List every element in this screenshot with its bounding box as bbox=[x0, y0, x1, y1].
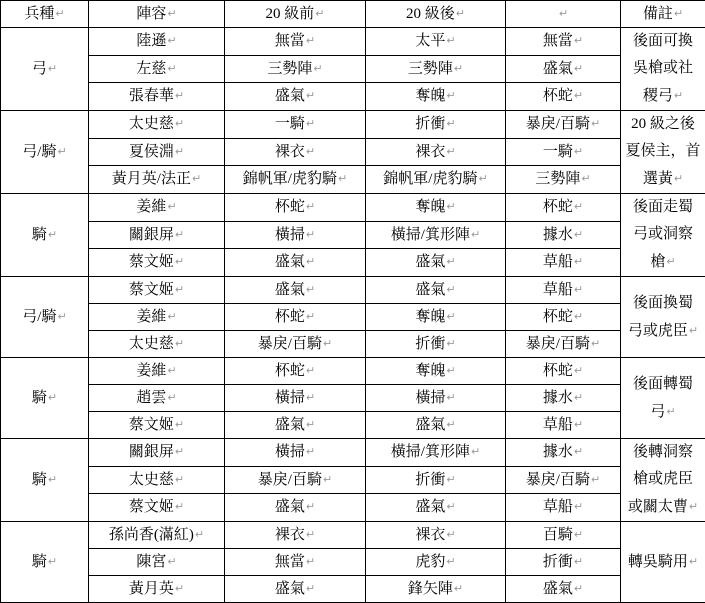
paragraph-mark: ↵ bbox=[666, 405, 675, 418]
lineup-cell[interactable]: 黃月英/法正↵ bbox=[89, 166, 225, 194]
lineup-cell[interactable]: 姜維↵ bbox=[89, 304, 225, 331]
lineup-cell[interactable]: 蔡文姬↵ bbox=[89, 249, 225, 277]
paragraph-mark: ↵ bbox=[57, 310, 66, 323]
paragraph-mark: ↵ bbox=[574, 145, 583, 158]
troop-type-cell[interactable]: 弓/騎↵ bbox=[1, 277, 89, 358]
header-label: 20 級後 bbox=[406, 6, 455, 22]
after20-cell[interactable]: 橫掃↵ bbox=[366, 385, 506, 412]
paragraph-mark: ↵ bbox=[57, 145, 66, 158]
paragraph-mark: ↵ bbox=[55, 7, 64, 20]
paragraph-mark: ↵ bbox=[313, 62, 322, 75]
troop-type-cell[interactable]: 弓↵ bbox=[1, 28, 89, 111]
paragraph-mark: ↵ bbox=[175, 89, 184, 102]
troop-type-cell[interactable]: 騎↵ bbox=[1, 358, 89, 439]
paragraph-mark: ↵ bbox=[574, 283, 583, 296]
lineup-cell[interactable]: 姜維↵ bbox=[89, 194, 225, 222]
paragraph-mark: ↵ bbox=[48, 391, 57, 404]
paragraph-mark: ↵ bbox=[471, 228, 480, 241]
paragraph-mark: ↵ bbox=[306, 528, 315, 541]
before20-cell[interactable]: 暴戾/百騎↵ bbox=[225, 466, 366, 494]
paragraph-mark: ↵ bbox=[167, 310, 176, 323]
paragraph-mark: ↵ bbox=[167, 7, 176, 20]
table-row: 騎↵ 孫尚香(滿紅)↵ 裸衣↵ 裸衣↵ 百騎↵ 轉吳騎用↵ bbox=[1, 522, 705, 549]
note-cell[interactable]: 後面轉蜀 弓↵ bbox=[621, 358, 705, 439]
paragraph-mark: ↵ bbox=[446, 310, 455, 323]
table-row: 騎↵ 姜維↵ 杯蛇↵ 奪魄↵ 杯蛇↵ 後面走蜀 弓或洞察 槍↵ bbox=[1, 194, 705, 222]
paragraph-mark: ↵ bbox=[446, 473, 455, 486]
paragraph-mark: ↵ bbox=[306, 283, 315, 296]
table-row: 蔡文姬↵ 盛氣↵ 盛氣↵ 草船↵ bbox=[1, 494, 705, 522]
paragraph-mark: ↵ bbox=[167, 34, 176, 47]
paragraph-mark: ↵ bbox=[478, 172, 487, 185]
table-row: 太史慈↵ 暴戾/百騎↵ 折衝↵ 暴戾/百騎↵ bbox=[1, 331, 705, 358]
extra-cell[interactable]: 據水↵ bbox=[506, 221, 621, 249]
paragraph-mark: ↵ bbox=[175, 255, 184, 268]
table-row: 弓/騎↵ 蔡文姬↵ 盛氣↵ 盛氣↵ 草船↵ 後面換蜀 弓或虎臣↵ bbox=[1, 277, 705, 304]
extra-cell[interactable]: 折衝↵ bbox=[506, 549, 621, 576]
col-header-lineup[interactable]: 陣容↵ bbox=[89, 1, 225, 28]
after20-cell[interactable]: 折衝↵ bbox=[366, 331, 506, 358]
lineup-cell[interactable]: 太史慈↵ bbox=[89, 466, 225, 494]
paragraph-mark: ↵ bbox=[175, 283, 184, 296]
paragraph-mark: ↵ bbox=[48, 228, 57, 241]
paragraph-mark: ↵ bbox=[574, 255, 583, 268]
after20-cell[interactable]: 裸衣↵ bbox=[366, 138, 506, 166]
table-row: 張春華↵ 盛氣↵ 奪魄↵ 杯蛇↵ bbox=[1, 83, 705, 111]
lineup-cell[interactable]: 太史慈↵ bbox=[89, 111, 225, 139]
lineup-cell[interactable]: 張春華↵ bbox=[89, 83, 225, 111]
paragraph-mark: ↵ bbox=[306, 89, 315, 102]
table-row: 姜維↵ 杯蛇↵ 奪魄↵ 杯蛇↵ bbox=[1, 304, 705, 331]
table-row: 夏侯淵↵ 裸衣↵ 裸衣↵ 一騎↵ bbox=[1, 138, 705, 166]
paragraph-mark: ↵ bbox=[338, 172, 347, 185]
before20-cell[interactable]: 盛氣↵ bbox=[225, 83, 366, 111]
paragraph-mark: ↵ bbox=[306, 228, 315, 241]
paragraph-mark: ↵ bbox=[456, 7, 465, 20]
extra-cell[interactable]: 一騎↵ bbox=[506, 138, 621, 166]
lineup-cell[interactable]: 孫尚香(滿紅)↵ bbox=[89, 522, 225, 549]
paragraph-mark: ↵ bbox=[195, 528, 204, 541]
lineup-table: 兵種↵ 陣容↵ 20 級前↵ 20 級後↵ ↵ 備註↵ 弓↵ 陸遜↵ 無當↵ 太… bbox=[0, 0, 705, 603]
note-cell[interactable]: 後面走蜀 弓或洞察 槍↵ bbox=[621, 194, 705, 277]
paragraph-mark: ↵ bbox=[306, 391, 315, 404]
after20-cell[interactable]: 橫掃/箕形陣↵ bbox=[366, 221, 506, 249]
extra-cell[interactable]: 杯蛇↵ bbox=[506, 83, 621, 111]
extra-cell[interactable]: 杯蛇↵ bbox=[506, 358, 621, 385]
paragraph-mark: ↵ bbox=[446, 117, 455, 130]
paragraph-mark: ↵ bbox=[446, 418, 455, 431]
after20-cell[interactable]: 奪魄↵ bbox=[366, 194, 506, 222]
paragraph-mark: ↵ bbox=[192, 172, 201, 185]
lineup-cell[interactable]: 姜維↵ bbox=[89, 358, 225, 385]
paragraph-mark: ↵ bbox=[175, 228, 184, 241]
extra-cell[interactable]: 三勢陣↵ bbox=[506, 166, 621, 194]
before20-cell[interactable]: 盛氣↵ bbox=[225, 576, 366, 603]
before20-cell[interactable]: 杯蛇↵ bbox=[225, 194, 366, 222]
after20-cell[interactable]: 太平↵ bbox=[366, 28, 506, 56]
paragraph-mark: ↵ bbox=[666, 255, 675, 268]
note-cell[interactable]: 後面換蜀 弓或虎臣↵ bbox=[621, 277, 705, 358]
before20-cell[interactable]: 盛氣↵ bbox=[225, 494, 366, 522]
paragraph-mark: ↵ bbox=[323, 337, 332, 350]
paragraph-mark: ↵ bbox=[591, 117, 600, 130]
paragraph-mark: ↵ bbox=[175, 445, 184, 458]
paragraph-mark: ↵ bbox=[574, 34, 583, 47]
after20-cell[interactable]: 奪魄↵ bbox=[366, 304, 506, 331]
col-header-after-20[interactable]: 20 級後↵ bbox=[366, 1, 506, 28]
paragraph-mark: ↵ bbox=[323, 473, 332, 486]
paragraph-mark: ↵ bbox=[306, 145, 315, 158]
after20-cell[interactable]: 虎豹↵ bbox=[366, 549, 506, 576]
paragraph-mark: ↵ bbox=[574, 364, 583, 377]
paragraph-mark: ↵ bbox=[306, 310, 315, 323]
paragraph-mark: ↵ bbox=[689, 324, 698, 337]
paragraph-mark: ↵ bbox=[574, 528, 583, 541]
table-row: 弓/騎↵ 太史慈↵ 一騎↵ 折衝↵ 暴戾/百騎↵ 20 級之後 夏侯主，首 選黃… bbox=[1, 111, 705, 139]
troop-type-cell[interactable]: 騎↵ bbox=[1, 439, 89, 522]
paragraph-mark: ↵ bbox=[674, 7, 683, 20]
paragraph-mark: ↵ bbox=[306, 364, 315, 377]
paragraph-mark: ↵ bbox=[574, 391, 583, 404]
after20-cell[interactable]: 三勢陣↵ bbox=[366, 55, 506, 83]
extra-cell[interactable]: 盛氣↵ bbox=[506, 576, 621, 603]
before20-cell[interactable]: 杯蛇↵ bbox=[225, 304, 366, 331]
paragraph-mark: ↵ bbox=[689, 555, 698, 568]
paragraph-mark: ↵ bbox=[674, 172, 683, 185]
table-row: 蔡文姬↵ 盛氣↵ 盛氣↵ 草船↵ bbox=[1, 412, 705, 439]
extra-cell[interactable]: 草船↵ bbox=[506, 249, 621, 277]
col-header-before-20[interactable]: 20 級前↵ bbox=[225, 1, 366, 28]
extra-cell[interactable]: 草船↵ bbox=[506, 494, 621, 522]
paragraph-mark: ↵ bbox=[446, 555, 455, 568]
before20-cell[interactable]: 盛氣↵ bbox=[225, 277, 366, 304]
col-header-troop-type[interactable]: 兵種↵ bbox=[1, 1, 89, 28]
after20-cell[interactable]: 盛氣↵ bbox=[366, 249, 506, 277]
before20-cell[interactable]: 錦帆軍/虎豹騎↵ bbox=[225, 166, 366, 194]
lineup-cell[interactable]: 陳宮↵ bbox=[89, 549, 225, 576]
before20-cell[interactable]: 裸衣↵ bbox=[225, 522, 366, 549]
paragraph-mark: ↵ bbox=[175, 145, 184, 158]
paragraph-mark: ↵ bbox=[306, 418, 315, 431]
extra-cell[interactable]: 暴戾/百騎↵ bbox=[506, 331, 621, 358]
before20-cell[interactable]: 無當↵ bbox=[225, 549, 366, 576]
paragraph-mark: ↵ bbox=[446, 200, 455, 213]
paragraph-mark: ↵ bbox=[689, 500, 698, 513]
after20-cell[interactable]: 裸衣↵ bbox=[366, 522, 506, 549]
extra-cell[interactable]: 暴戾/百騎↵ bbox=[506, 111, 621, 139]
paragraph-mark: ↵ bbox=[591, 473, 600, 486]
paragraph-mark: ↵ bbox=[48, 473, 57, 486]
paragraph-mark: ↵ bbox=[306, 34, 315, 47]
paragraph-mark: ↵ bbox=[446, 89, 455, 102]
paragraph-mark: ↵ bbox=[167, 62, 176, 75]
paragraph-mark: ↵ bbox=[574, 555, 583, 568]
paragraph-mark: ↵ bbox=[446, 500, 455, 513]
extra-cell[interactable]: 無當↵ bbox=[506, 28, 621, 56]
lineup-cell[interactable]: 關銀屏↵ bbox=[89, 439, 225, 467]
paragraph-mark: ↵ bbox=[581, 172, 590, 185]
lineup-cell[interactable]: 趙雲↵ bbox=[89, 385, 225, 412]
extra-cell[interactable]: 據水↵ bbox=[506, 385, 621, 412]
paragraph-mark: ↵ bbox=[306, 445, 315, 458]
after20-cell[interactable]: 奪魄↵ bbox=[366, 358, 506, 385]
lineup-cell[interactable]: 蔡文姬↵ bbox=[89, 412, 225, 439]
paragraph-mark: ↵ bbox=[446, 255, 455, 268]
lineup-cell[interactable]: 關銀屏↵ bbox=[89, 221, 225, 249]
table-row: 趙雲↵ 橫掃↵ 橫掃↵ 據水↵ bbox=[1, 385, 705, 412]
paragraph-mark: ↵ bbox=[446, 145, 455, 158]
paragraph-mark: ↵ bbox=[175, 337, 184, 350]
after20-cell[interactable]: 折衝↵ bbox=[366, 466, 506, 494]
paragraph-mark: ↵ bbox=[315, 7, 324, 20]
header-row: 兵種↵ 陣容↵ 20 級前↵ 20 級後↵ ↵ 備註↵ bbox=[1, 1, 705, 28]
paragraph-mark: ↵ bbox=[454, 62, 463, 75]
paragraph-mark: ↵ bbox=[471, 445, 480, 458]
paragraph-mark: ↵ bbox=[574, 418, 583, 431]
paragraph-mark: ↵ bbox=[454, 582, 463, 595]
extra-cell[interactable]: 草船↵ bbox=[506, 412, 621, 439]
paragraph-mark: ↵ bbox=[574, 500, 583, 513]
table-row: 太史慈↵ 暴戾/百騎↵ 折衝↵ 暴戾/百騎↵ bbox=[1, 466, 705, 494]
extra-cell[interactable]: 暴戾/百騎↵ bbox=[506, 466, 621, 494]
table-row: 陳宮↵ 無當↵ 虎豹↵ 折衝↵ bbox=[1, 549, 705, 576]
lineup-cell[interactable]: 太史慈↵ bbox=[89, 331, 225, 358]
before20-cell[interactable]: 盛氣↵ bbox=[225, 249, 366, 277]
note-cell[interactable]: 轉吳騎用↵ bbox=[621, 522, 705, 603]
lineup-cell[interactable]: 夏侯淵↵ bbox=[89, 138, 225, 166]
before20-cell[interactable]: 一騎↵ bbox=[225, 111, 366, 139]
header-label: 備註 bbox=[643, 6, 673, 22]
paragraph-mark: ↵ bbox=[574, 445, 583, 458]
paragraph-mark: ↵ bbox=[306, 200, 315, 213]
note-cell[interactable]: 後面可換 吳槍或社 稷弓↵ bbox=[621, 28, 705, 111]
before20-cell[interactable]: 裸衣↵ bbox=[225, 138, 366, 166]
before20-cell[interactable]: 橫掃↵ bbox=[225, 221, 366, 249]
paragraph-mark: ↵ bbox=[446, 364, 455, 377]
before20-cell[interactable]: 杯蛇↵ bbox=[225, 358, 366, 385]
before20-cell[interactable]: 暴戾/百騎↵ bbox=[225, 331, 366, 358]
after20-cell[interactable]: 奪魄↵ bbox=[366, 83, 506, 111]
lineup-cell[interactable]: 陸遜↵ bbox=[89, 28, 225, 56]
table-row: 騎↵ 姜維↵ 杯蛇↵ 奪魄↵ 杯蛇↵ 後面轉蜀 弓↵ bbox=[1, 358, 705, 385]
paragraph-mark: ↵ bbox=[674, 89, 683, 102]
table-row: 黃月英↵ 盛氣↵ 鋒矢陣↵ 盛氣↵ bbox=[1, 576, 705, 603]
paragraph-mark: ↵ bbox=[574, 200, 583, 213]
paragraph-mark: ↵ bbox=[446, 391, 455, 404]
header-label: 陣容 bbox=[136, 6, 166, 22]
troop-type-cell[interactable]: 弓/騎↵ bbox=[1, 111, 89, 194]
extra-cell[interactable]: 杯蛇↵ bbox=[506, 304, 621, 331]
paragraph-mark: ↵ bbox=[175, 500, 184, 513]
paragraph-mark: ↵ bbox=[306, 582, 315, 595]
paragraph-mark: ↵ bbox=[591, 337, 600, 350]
paragraph-mark: ↵ bbox=[446, 528, 455, 541]
extra-cell[interactable]: 草船↵ bbox=[506, 277, 621, 304]
after20-cell[interactable]: 盛氣↵ bbox=[366, 277, 506, 304]
before20-cell[interactable]: 無當↵ bbox=[225, 28, 366, 56]
extra-cell[interactable]: 據水↵ bbox=[506, 439, 621, 467]
paragraph-mark: ↵ bbox=[446, 283, 455, 296]
table-row: 關銀屏↵ 橫掃↵ 橫掃/箕形陣↵ 據水↵ bbox=[1, 221, 705, 249]
table-row: 蔡文姬↵ 盛氣↵ 盛氣↵ 草船↵ bbox=[1, 249, 705, 277]
after20-cell[interactable]: 折衝↵ bbox=[366, 111, 506, 139]
before20-cell[interactable]: 三勢陣↵ bbox=[225, 55, 366, 83]
paragraph-mark: ↵ bbox=[574, 310, 583, 323]
after20-cell[interactable]: 錦帆軍/虎豹騎↵ bbox=[366, 166, 506, 194]
after20-cell[interactable]: 盛氣↵ bbox=[366, 494, 506, 522]
paragraph-mark: ↵ bbox=[167, 364, 176, 377]
paragraph-mark: ↵ bbox=[306, 255, 315, 268]
paragraph-mark: ↵ bbox=[559, 7, 568, 20]
before20-cell[interactable]: 橫掃↵ bbox=[225, 439, 366, 467]
troop-type-cell[interactable]: 騎↵ bbox=[1, 194, 89, 277]
lineup-cell[interactable]: 黃月英↵ bbox=[89, 576, 225, 603]
table-row: 黃月英/法正↵ 錦帆軍/虎豹騎↵ 錦帆軍/虎豹騎↵ 三勢陣↵ bbox=[1, 166, 705, 194]
table-row: 弓↵ 陸遜↵ 無當↵ 太平↵ 無當↵ 後面可換 吳槍或社 稷弓↵ bbox=[1, 28, 705, 56]
paragraph-mark: ↵ bbox=[574, 582, 583, 595]
before20-cell[interactable]: 橫掃↵ bbox=[225, 385, 366, 412]
lineup-cell[interactable]: 左慈↵ bbox=[89, 55, 225, 83]
paragraph-mark: ↵ bbox=[167, 555, 176, 568]
paragraph-mark: ↵ bbox=[306, 500, 315, 513]
paragraph-mark: ↵ bbox=[446, 337, 455, 350]
note-cell[interactable]: 後轉洞察 槍或虎臣 或關太曹↵ bbox=[621, 439, 705, 522]
paragraph-mark: ↵ bbox=[574, 89, 583, 102]
note-cell[interactable]: 20 級之後 夏侯主，首 選黃↵ bbox=[621, 111, 705, 194]
paragraph-mark: ↵ bbox=[167, 391, 176, 404]
after20-cell[interactable]: 橫掃/箕形陣↵ bbox=[366, 439, 506, 467]
lineup-cell[interactable]: 蔡文姬↵ bbox=[89, 494, 225, 522]
extra-cell[interactable]: 杯蛇↵ bbox=[506, 194, 621, 222]
col-header-extra[interactable]: ↵ bbox=[506, 1, 621, 28]
col-header-notes[interactable]: 備註↵ bbox=[621, 1, 705, 28]
header-label: 20 級前 bbox=[266, 6, 315, 22]
paragraph-mark: ↵ bbox=[574, 228, 583, 241]
paragraph-mark: ↵ bbox=[175, 473, 184, 486]
paragraph-mark: ↵ bbox=[175, 582, 184, 595]
paragraph-mark: ↵ bbox=[175, 418, 184, 431]
extra-cell[interactable]: 盛氣↵ bbox=[506, 55, 621, 83]
paragraph-mark: ↵ bbox=[175, 117, 184, 130]
table-row: 左慈↵ 三勢陣↵ 三勢陣↵ 盛氣↵ bbox=[1, 55, 705, 83]
header-label: 兵種 bbox=[24, 6, 54, 22]
paragraph-mark: ↵ bbox=[306, 117, 315, 130]
lineup-cell[interactable]: 蔡文姬↵ bbox=[89, 277, 225, 304]
paragraph-mark: ↵ bbox=[48, 555, 57, 568]
table-row: 騎↵ 關銀屏↵ 橫掃↵ 橫掃/箕形陣↵ 據水↵ 後轉洞察 槍或虎臣 或關太曹↵ bbox=[1, 439, 705, 467]
troop-type-cell[interactable]: 騎↵ bbox=[1, 522, 89, 603]
before20-cell[interactable]: 盛氣↵ bbox=[225, 412, 366, 439]
after20-cell[interactable]: 鋒矢陣↵ bbox=[366, 576, 506, 603]
paragraph-mark: ↵ bbox=[446, 34, 455, 47]
paragraph-mark: ↵ bbox=[48, 62, 57, 75]
paragraph-mark: ↵ bbox=[306, 555, 315, 568]
paragraph-mark: ↵ bbox=[574, 62, 583, 75]
paragraph-mark: ↵ bbox=[167, 200, 176, 213]
after20-cell[interactable]: 盛氣↵ bbox=[366, 412, 506, 439]
extra-cell[interactable]: 百騎↵ bbox=[506, 522, 621, 549]
